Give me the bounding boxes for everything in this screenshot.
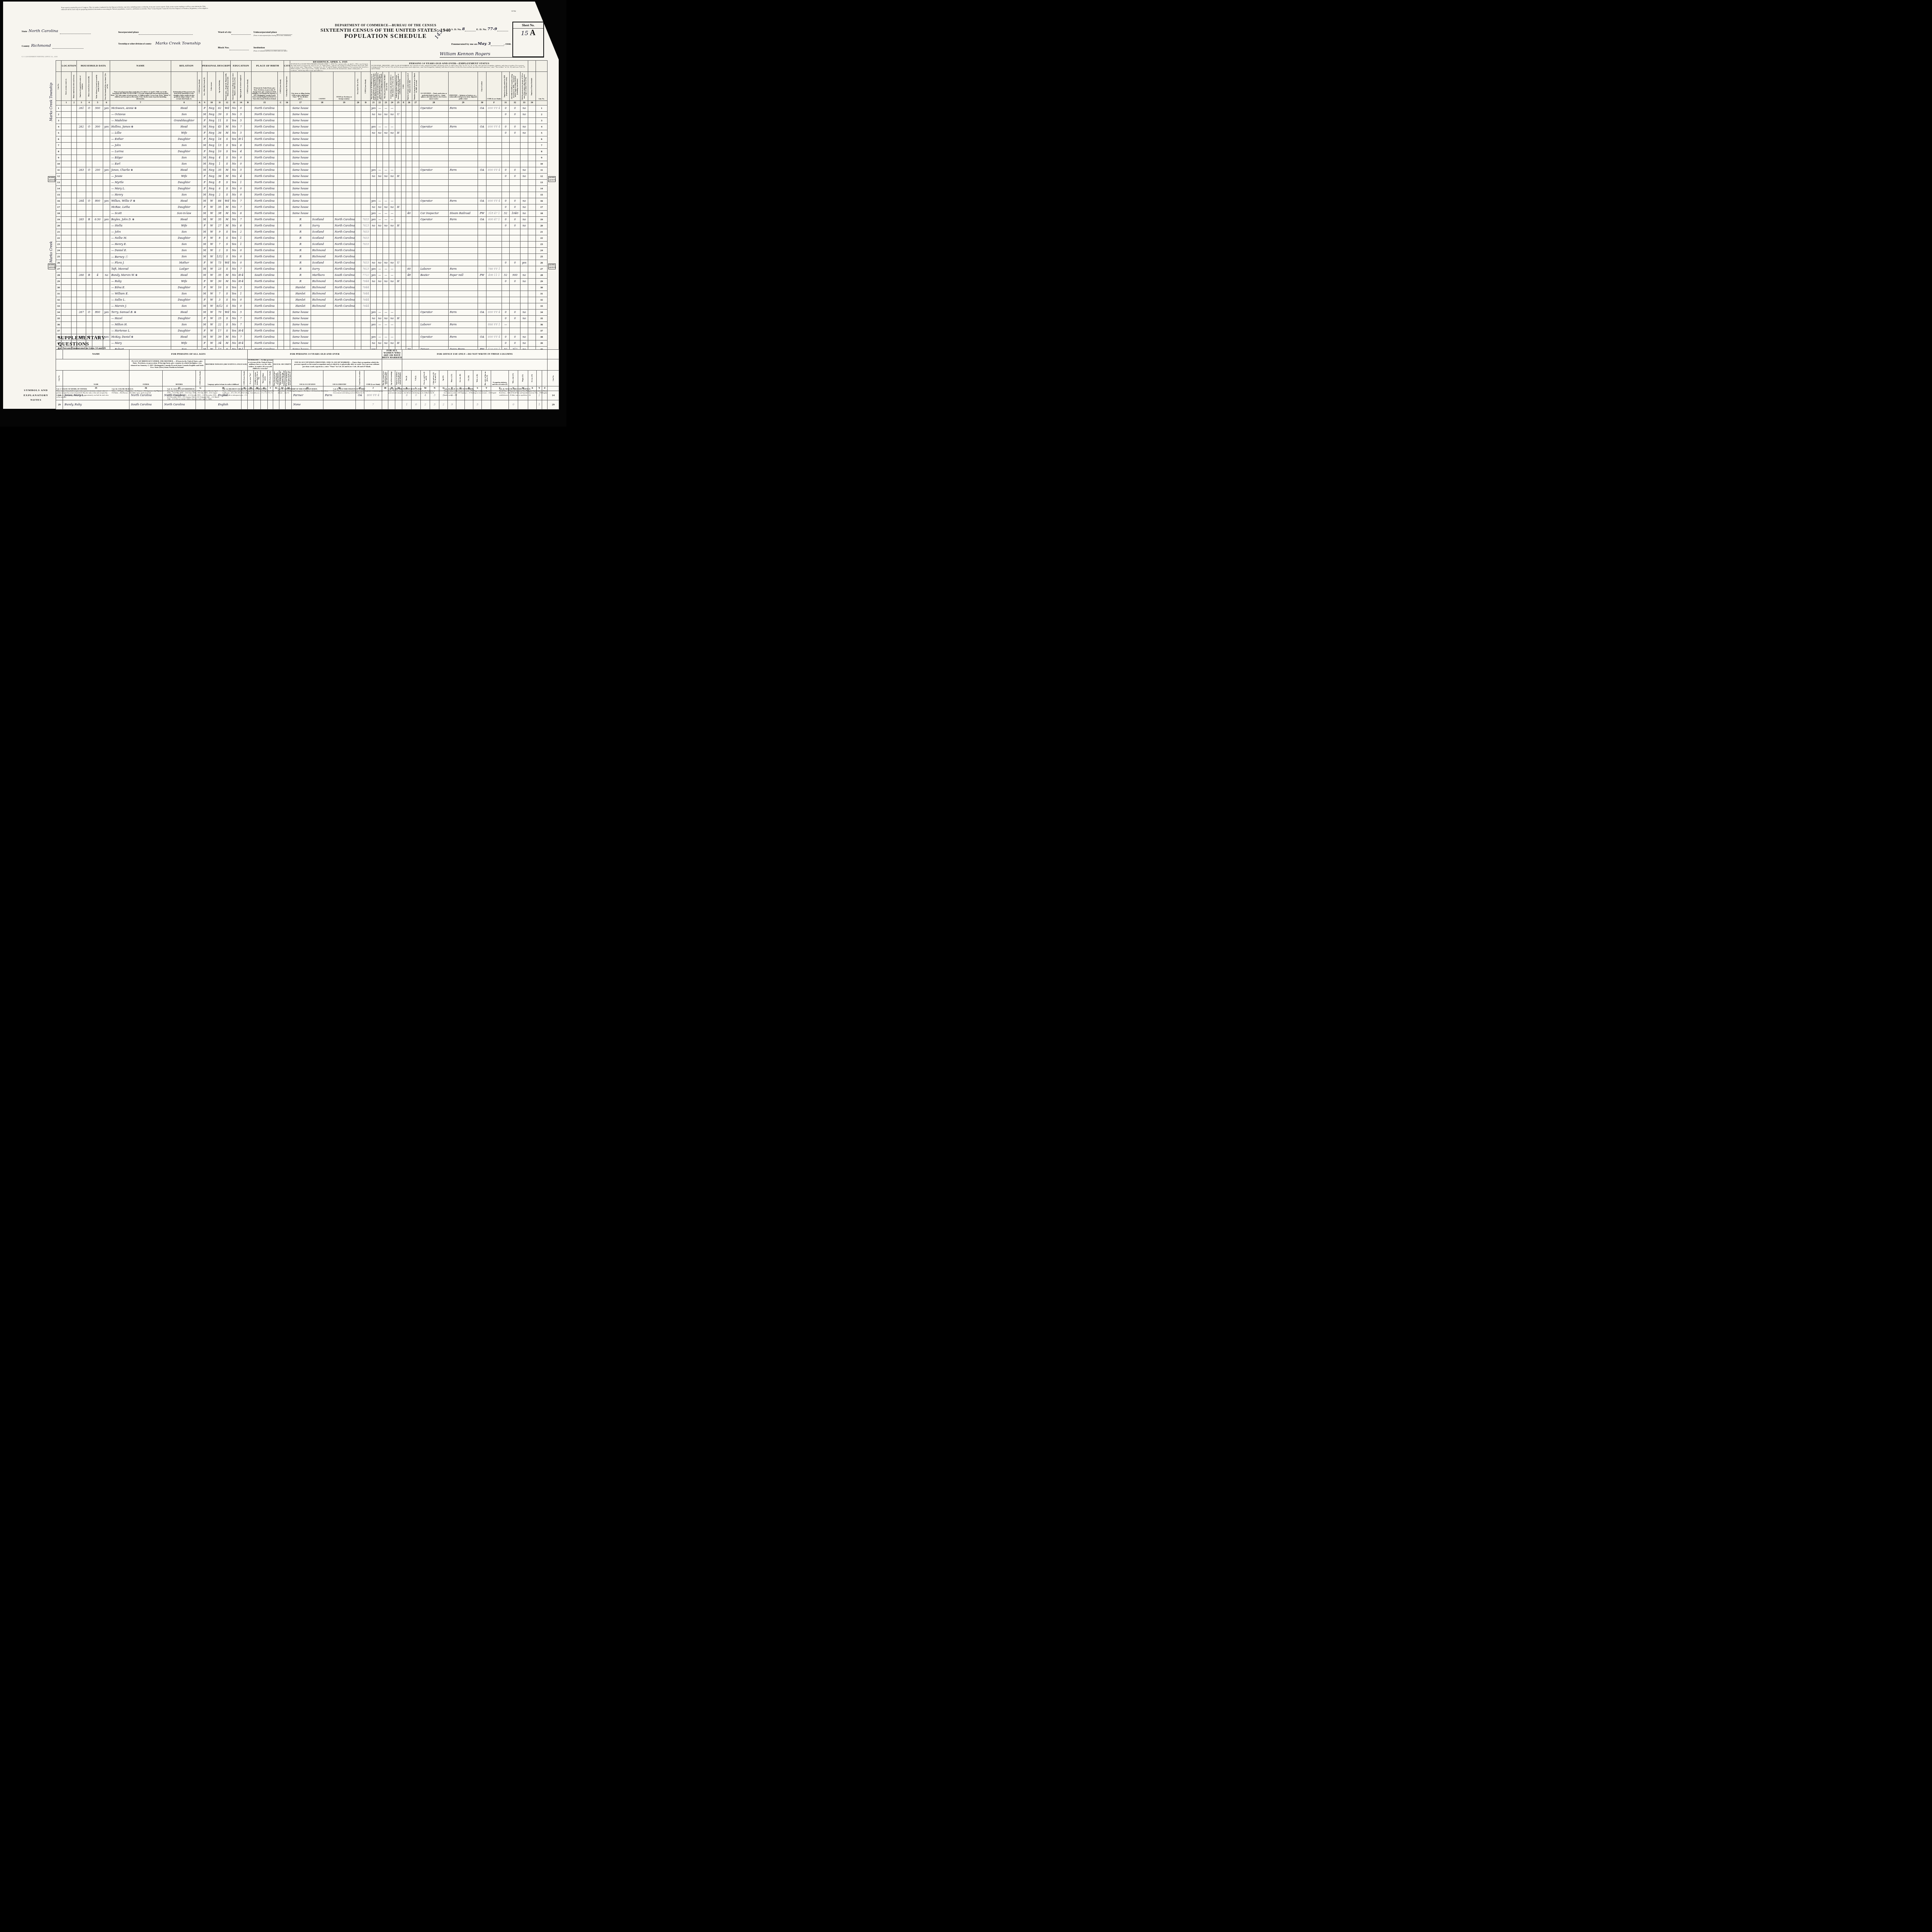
column-desc-a: CODE (Leave blank) (197, 71, 202, 100)
cell-c (278, 235, 284, 241)
person-row-22: 22— Nellie M.DaughterFW8SYes1North Carol… (56, 235, 548, 241)
cell-d (361, 204, 371, 210)
cell-fm: yes (103, 105, 110, 111)
cell-sc: No (231, 105, 238, 111)
column-desc-hh: Number of household in order of visitati… (77, 71, 86, 100)
cell-sc: No (231, 309, 238, 315)
cell-f (486, 173, 502, 179)
cell-r20 (355, 266, 361, 272)
cell-sc: Yes (231, 235, 238, 241)
cell-c2 (71, 328, 77, 334)
column-desc-val: Value of home, if owned, or monthly rent… (92, 71, 103, 100)
cell-ag: 16 (216, 136, 224, 142)
cell-r19 (333, 328, 355, 334)
column-number-10: 10 (207, 100, 216, 105)
cell-rc: Neg (207, 155, 216, 161)
cell-w24: — (389, 105, 395, 111)
cell-w21 (371, 136, 377, 142)
column-number-34: 34 (528, 100, 536, 105)
cell-sx: M (202, 241, 207, 247)
cell-sx: M (202, 210, 207, 216)
cell-cit (284, 340, 290, 346)
cell-gd: 4 (238, 148, 245, 155)
cell-n2: 30 (536, 284, 548, 291)
cell-val (92, 278, 103, 284)
cell-f: 600 VV 4 (486, 167, 502, 173)
cell-c2 (71, 223, 77, 229)
cell-r20 (355, 235, 361, 241)
column-group-blank (528, 61, 536, 72)
cell-hh (77, 185, 86, 192)
cell-c2 (71, 192, 77, 198)
person-row-6: 6— EstherDaughterFNeg16SYesH-1North Caro… (56, 136, 548, 142)
cell-rel: Head (171, 105, 197, 111)
cell-c2 (71, 297, 77, 303)
state-label: State (22, 30, 27, 33)
cell-or (86, 253, 92, 260)
cell-r18: Scotland (311, 241, 333, 247)
cell-ot: no (520, 278, 528, 284)
cell-pb: North Carolina (252, 111, 278, 117)
cell-hh (77, 235, 86, 241)
cell-in (449, 223, 478, 229)
cell-fm (103, 247, 110, 253)
cell-fm (103, 229, 110, 235)
cell-r19: North Carolina (333, 303, 355, 309)
cell-val (92, 260, 103, 266)
cell-fm (103, 155, 110, 161)
cell-or (86, 117, 92, 124)
cell-r20 (355, 130, 361, 136)
cell-f (486, 148, 502, 155)
column-number-29: 29 (449, 100, 478, 105)
cell-in (449, 179, 478, 185)
cell-w22 (377, 253, 383, 260)
cell-gd: 0 (238, 192, 245, 198)
cell-r20 (355, 210, 361, 216)
cell-w21: no (371, 315, 377, 321)
cell-sc: No (231, 253, 238, 260)
cell-rel: Son (171, 321, 197, 328)
cell-rc: W (207, 272, 216, 278)
cell-rel: Head (171, 272, 197, 278)
person-row-14: 14— Mary L.DaughterFNeg6SNo0North Caroli… (56, 185, 548, 192)
cell-oc (419, 130, 449, 136)
cell-sx: F (202, 297, 207, 303)
cell-w26 (406, 179, 412, 185)
cell-r18 (311, 130, 333, 136)
person-row-33: 33— Marvin J.SonMW6/12SNo0North Carolina… (56, 303, 548, 309)
cell-sc: Yes (231, 179, 238, 185)
cell-gd: 0 (238, 297, 245, 303)
cell-r20 (355, 204, 361, 210)
cell-wk: 0 (502, 278, 510, 284)
cell-ot (520, 142, 528, 148)
cell-n2: 36 (536, 321, 548, 328)
cell-n2: 4 (536, 124, 548, 130)
column-desc-rel: Relationship of this person to the head … (171, 71, 197, 100)
cell-w21: yes (371, 210, 377, 216)
cell-b (245, 260, 252, 266)
cell-r19 (333, 321, 355, 328)
cell-r20 (355, 303, 361, 309)
cell-fs (528, 303, 536, 309)
cell-r20 (355, 105, 361, 111)
cell-r18 (311, 185, 333, 192)
column-desc-r19: STATE (or Territory or foreign country) (333, 71, 355, 100)
cell-ot (520, 253, 528, 260)
cell-cl (478, 241, 486, 247)
cell-r19: North Carolina (333, 223, 355, 229)
cell-wg (510, 185, 520, 192)
cell-sx: F (202, 179, 207, 185)
column-desc-w21: Was this person AT WORK for pay or profi… (371, 71, 377, 100)
cell-ag: 11 (216, 117, 224, 124)
cell-c (278, 303, 284, 309)
cell-hh (77, 315, 86, 321)
cell-rel: Lodger (171, 266, 197, 272)
person-row-32: 32— Sallie L.DaughterFW3SNo0North Caroli… (56, 297, 548, 303)
cell-oc (419, 340, 449, 346)
suppl-desc-ln2: Line No. (548, 370, 559, 386)
column-number-28: 28 (419, 100, 449, 105)
cell-nm: — Flora J. (110, 260, 171, 266)
suppl-desc-o13: Wages (32) (518, 370, 528, 386)
column-number-n (56, 100, 61, 105)
cell-r19 (333, 117, 355, 124)
cell-c (278, 223, 284, 229)
cell-d: 7644 (361, 297, 371, 303)
cell-w27 (412, 167, 419, 173)
cell-c1 (61, 272, 71, 278)
suppl-desc-i: CODE (Leave blank) (268, 370, 273, 386)
cell-n2: 8 (536, 148, 548, 155)
cell-fm (103, 130, 110, 136)
cell-f (486, 235, 502, 241)
cell-nm: — Mary L. (110, 185, 171, 192)
cell-rel: Wife (171, 130, 197, 136)
cell-r18: Richmond (311, 278, 333, 284)
cell-cit (284, 124, 290, 130)
cell-w23: no (383, 130, 389, 136)
ed-value: 77-9 (488, 27, 497, 31)
cell-pb: North Carolina (252, 253, 278, 260)
cell-wk: 0 (502, 198, 510, 204)
cell-f (486, 328, 502, 334)
cell-r19 (333, 179, 355, 185)
cell-in: Farm (449, 167, 478, 173)
cell-ag: 8 (216, 235, 224, 241)
state-field: State North Carolina (22, 27, 91, 34)
cell-c2 (71, 321, 77, 328)
cell-rc: Neg (207, 192, 216, 198)
cell-rc: W (207, 266, 216, 272)
cell-cl (478, 321, 486, 328)
cell-b (245, 278, 252, 284)
cell-mr: M (224, 210, 231, 216)
cell-e (401, 340, 406, 346)
cell-w22 (377, 148, 383, 155)
column-number-2: 2 (71, 100, 77, 105)
cell-c (278, 315, 284, 321)
cell-w25 (395, 235, 401, 241)
column-number-31: 31 (502, 100, 510, 105)
cell-w25 (395, 179, 401, 185)
cell-gd: 0 (238, 247, 245, 253)
cell-cit (284, 328, 290, 334)
cell-b (245, 303, 252, 309)
cell-cit (284, 148, 290, 155)
cell-cit (284, 198, 290, 204)
cell-n: 10 (56, 161, 61, 167)
cell-nm: Bundy, Marvin W. ⊗ (110, 272, 171, 278)
cell-c2 (71, 216, 77, 223)
cell-gd: H-4 (238, 278, 245, 284)
cell-cl (478, 253, 486, 260)
column-desc-ag: Age at last birthday (216, 71, 224, 100)
cell-cit (284, 192, 290, 198)
cell-w25 (395, 185, 401, 192)
cell-e (401, 148, 406, 155)
cell-w23 (383, 303, 389, 309)
cell-fm (103, 161, 110, 167)
cell-sx: F (202, 278, 207, 284)
cell-sx: F (202, 105, 207, 111)
county-value: Richmond (31, 44, 51, 48)
cell-pb: North Carolina (252, 117, 278, 124)
cell-d (361, 142, 371, 148)
person-row-29: 29— RubyWifeFW30MNoH-4North CarolinaRRic… (56, 278, 548, 284)
cell-w22 (377, 136, 383, 142)
cell-rel: Son-in-law (171, 210, 197, 216)
cell-w27 (412, 297, 419, 303)
cell-n: 21 (56, 229, 61, 235)
cell-rc: W (207, 260, 216, 266)
cell-c2 (71, 284, 77, 291)
cell-oc (419, 278, 449, 284)
cell-sc: No (231, 130, 238, 136)
cell-f (486, 253, 502, 260)
cell-ag: 35 (216, 167, 224, 173)
cell-nm: — Myrtle (110, 179, 171, 185)
cell-w26 (406, 185, 412, 192)
cell-val (92, 284, 103, 291)
cell-in (449, 155, 478, 161)
cell-r19 (333, 192, 355, 198)
cell-ot: no (520, 167, 528, 173)
cell-wk (502, 185, 510, 192)
suppl-desc-h: CODE (Leave blank) (241, 370, 248, 386)
cell-ot (520, 247, 528, 253)
suppl-desc-o15 (537, 370, 542, 386)
column-group-name: NAME (110, 61, 171, 72)
cell-n2: 25 (536, 253, 548, 260)
cell-c1 (61, 173, 71, 179)
cell-w24 (389, 136, 395, 142)
cell-r20 (355, 272, 361, 278)
cell-b (245, 253, 252, 260)
cell-r20 (355, 291, 361, 297)
cell-n: 24 (56, 247, 61, 253)
cell-c (278, 297, 284, 303)
cell-d: 7644 (361, 303, 371, 309)
cell-or (86, 223, 92, 229)
cell-wg (510, 161, 520, 167)
cell-w23: no (383, 340, 389, 346)
cell-d: 7633 (361, 235, 371, 241)
cell-r18 (311, 155, 333, 161)
column-desc-nm: Name of each person whose usual place of… (110, 71, 171, 100)
legal-notice: Your report is required by act of Congre… (61, 3, 502, 10)
cell-val (92, 111, 103, 117)
column-number-9: 9 (202, 100, 207, 105)
column-desc-r18: COUNTY (311, 71, 333, 100)
cell-w23: — (383, 124, 389, 130)
cell-rel: Daughter (171, 204, 197, 210)
cell-n2: 17 (536, 204, 548, 210)
cell-gd: 5 (238, 117, 245, 124)
cell-ag: 38 (216, 210, 224, 216)
cell-w23 (383, 229, 389, 235)
cell-w24 (389, 192, 395, 198)
cell-sc: No (231, 210, 238, 216)
cell-wk: 52 (502, 272, 510, 278)
cell-rc: W (207, 340, 216, 346)
cell-sx: M (202, 291, 207, 297)
cell-e (401, 241, 406, 247)
cell-wk (502, 328, 510, 334)
cell-ot: no (520, 111, 528, 117)
cell-c (278, 284, 284, 291)
cell-cl (478, 315, 486, 321)
cell-cit (284, 136, 290, 142)
cell-e (401, 297, 406, 303)
cell-a (197, 235, 202, 241)
cell-mr: S (224, 161, 231, 167)
cell-c1 (61, 297, 71, 303)
cell-fs (528, 216, 536, 223)
cell-w27 (412, 185, 419, 192)
cell-d (361, 105, 371, 111)
cell-d (361, 117, 371, 124)
cell-oc: Operator (419, 216, 449, 223)
cell-c (278, 173, 284, 179)
cell-r20 (355, 148, 361, 155)
cell-a (197, 136, 202, 142)
cell-e (401, 260, 406, 266)
cell-n2: 28 (536, 272, 548, 278)
cell-a (197, 185, 202, 192)
cell-c1 (61, 303, 71, 309)
cell-fs (528, 266, 536, 272)
cell-r17: R (290, 216, 311, 223)
cell-b (245, 340, 252, 346)
cell-ag: 23 (216, 266, 224, 272)
cell-a (197, 260, 202, 266)
cell-a (197, 216, 202, 223)
cell-cit (284, 278, 290, 284)
cell-c (278, 266, 284, 272)
cell-fm: yes (103, 309, 110, 315)
cell-w25 (395, 229, 401, 235)
cell-r19: North Carolina (333, 253, 355, 260)
cell-rel: Daughter (171, 136, 197, 142)
cell-gd: H-4 (238, 272, 245, 278)
cell-w27 (412, 136, 419, 142)
cell-fs (528, 142, 536, 148)
cell-r17: Hamlet (290, 291, 311, 297)
cell-nm: — Sallie L. (110, 297, 171, 303)
unincorporated-field: Unincorporated place (Name of unincorpor… (253, 28, 311, 36)
cell-nm: — Hazel (110, 315, 171, 321)
cell-a (197, 173, 202, 179)
cell-oc (419, 155, 449, 161)
cell-in (449, 185, 478, 192)
cell-w21: yes (371, 124, 377, 130)
cell-n: 12 (56, 173, 61, 179)
cell-val: 200 (92, 167, 103, 173)
cell-cit (284, 179, 290, 185)
cell-c2 (71, 309, 77, 315)
cell-ot (520, 161, 528, 167)
cell-w22 (377, 229, 383, 235)
cell-f: 600 VV 4 (486, 309, 502, 315)
cell-pb: North Carolina (252, 130, 278, 136)
cell-c1 (61, 235, 71, 241)
cell-cl: PW (478, 210, 486, 216)
cell-sx: F (202, 284, 207, 291)
cell-b (245, 198, 252, 204)
person-row-37: 37— Hartense L.DaughterFW17SYesH-4North … (56, 328, 548, 334)
cell-r20 (355, 253, 361, 260)
cell-mr: M (224, 340, 231, 346)
cell-oc (419, 179, 449, 185)
cell-w25 (395, 321, 401, 328)
cell-oc (419, 192, 449, 198)
cell-w23: — (383, 198, 389, 204)
cell-c (278, 309, 284, 315)
cell-w26 (406, 241, 412, 247)
cell-w21 (371, 142, 377, 148)
cell-d (361, 340, 371, 346)
cell-sc: No (231, 247, 238, 253)
cell-b (245, 161, 252, 167)
cell-c (278, 179, 284, 185)
cell-w24 (389, 155, 395, 161)
suppl-quest-badge-right-29: SUPPL. QUEST. (548, 264, 556, 269)
cell-wk: 0 (502, 167, 510, 173)
cell-sx: M (202, 229, 207, 235)
column-group-household-data: HOUSEHOLD DATA (77, 61, 110, 72)
cell-or (86, 173, 92, 179)
cell-r17: Same house (290, 334, 311, 340)
cell-w26 (406, 142, 412, 148)
cell-c1 (61, 124, 71, 130)
cell-e (401, 216, 406, 223)
cell-rel: Son (171, 291, 197, 297)
cell-ot: yes (520, 260, 528, 266)
printing-office-note: U. S. GOVERNMENT PRINTING OFFICE 16—1638 (22, 56, 58, 58)
cell-w21 (371, 185, 377, 192)
suppl-desc-o5: Age (11) (439, 370, 448, 386)
cell-r19 (333, 185, 355, 192)
cell-n: 17 (56, 204, 61, 210)
cell-ot: no (520, 124, 528, 130)
cell-r18 (311, 173, 333, 179)
cell-pb: North Carolina (252, 173, 278, 179)
cell-r19 (333, 340, 355, 346)
cell-a (197, 291, 202, 297)
